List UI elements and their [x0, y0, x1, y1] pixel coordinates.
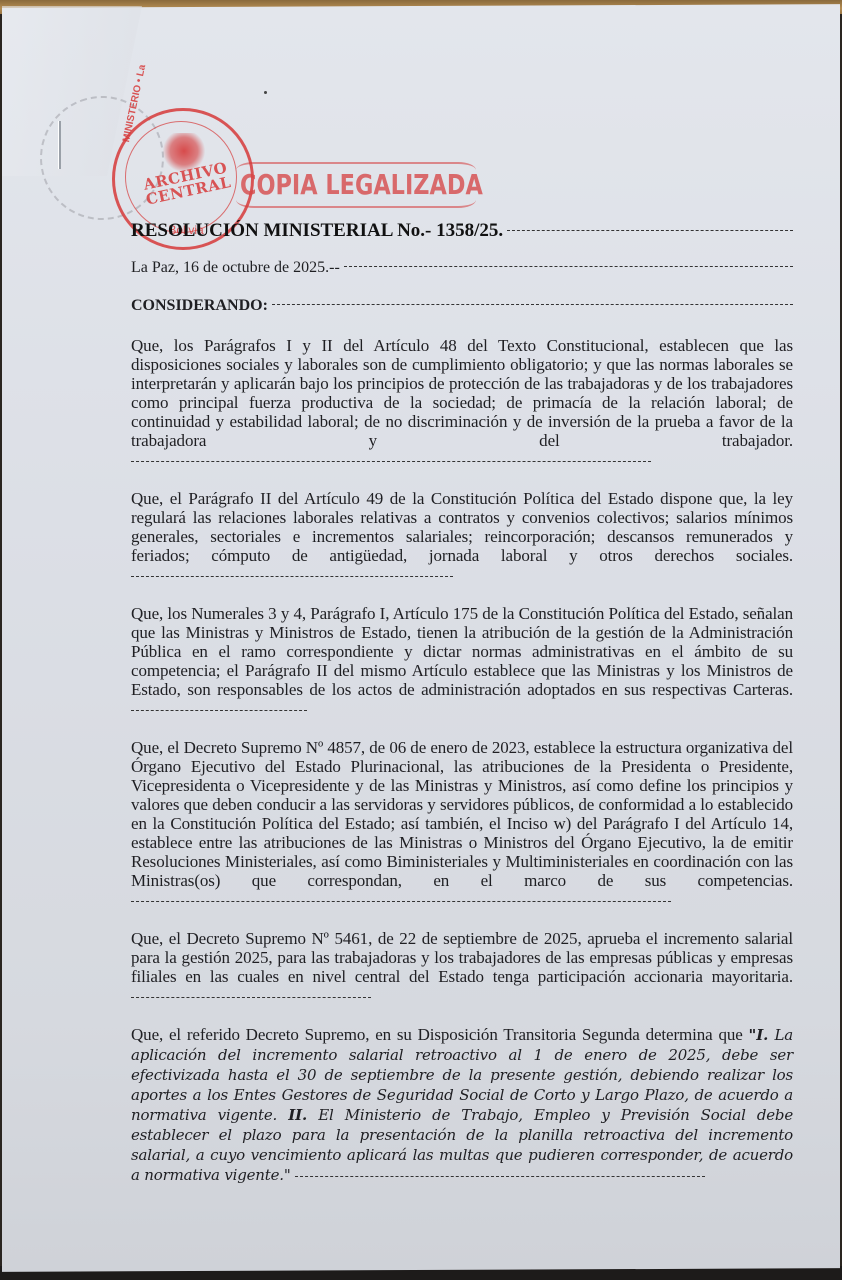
- dash-filler: [344, 266, 793, 267]
- dash-filler: [272, 304, 793, 305]
- place-date-line: La Paz, 16 de octubre de 2025.--: [131, 258, 793, 278]
- paragraph-intro: Que, el referido Decreto Supremo, en su …: [131, 1025, 749, 1044]
- considerando-heading-line: CONSIDERANDO:: [131, 296, 793, 316]
- paragraph-text: Que, los Parágrafos I y II del Artículo …: [131, 336, 793, 450]
- dash-filler: [131, 461, 651, 462]
- paragraph: Que, el Decreto Supremo Nº 4857, de 06 d…: [131, 738, 793, 909]
- ink-dot: [264, 91, 267, 94]
- paragraph: Que, el Decreto Supremo Nº 5461, de 22 d…: [131, 929, 793, 1005]
- document-body: RESOLUCIÓN MINISTERIAL No.- 1358/25. La …: [131, 220, 793, 1185]
- paragraph: Que, el Parágrafo II del Artículo 49 de …: [131, 489, 793, 584]
- dash-filler: [295, 1176, 705, 1177]
- legalized-copy-text: COPIA LEGALIZADA: [240, 168, 483, 201]
- dash-filler: [507, 230, 793, 231]
- paragraph-transitory-provision: Que, el referido Decreto Supremo, en su …: [131, 1025, 793, 1185]
- paragraph-text: Que, el Decreto Supremo Nº 5461, de 22 d…: [131, 929, 793, 986]
- place-date: La Paz, 16 de octubre de 2025.--: [131, 258, 340, 278]
- section-heading: CONSIDERANDO:: [131, 296, 268, 316]
- dash-filler: [131, 901, 671, 902]
- dash-filler: [131, 576, 453, 577]
- paragraph-text: Que, el Decreto Supremo Nº 4857, de 06 d…: [131, 738, 793, 890]
- resolution-title: RESOLUCIÓN MINISTERIAL No.- 1358/25.: [131, 220, 503, 242]
- paragraph: Que, los Parágrafos I y II del Artículo …: [131, 336, 793, 469]
- paragraph-text: Que, el Parágrafo II del Artículo 49 de …: [131, 489, 793, 565]
- dash-filler: [131, 710, 307, 711]
- legalized-copy-stamp: COPIA LEGALIZADA: [236, 162, 476, 208]
- paragraph-text: Que, los Numerales 3 y 4, Parágrafo I, A…: [131, 604, 793, 699]
- quote-numeral-1: I.: [756, 1026, 768, 1044]
- paragraph: Que, los Numerales 3 y 4, Parágrafo I, A…: [131, 604, 793, 718]
- quote-numeral-2: II.: [288, 1106, 307, 1124]
- resolution-title-line: RESOLUCIÓN MINISTERIAL No.- 1358/25.: [131, 220, 793, 242]
- dash-filler: [131, 997, 371, 998]
